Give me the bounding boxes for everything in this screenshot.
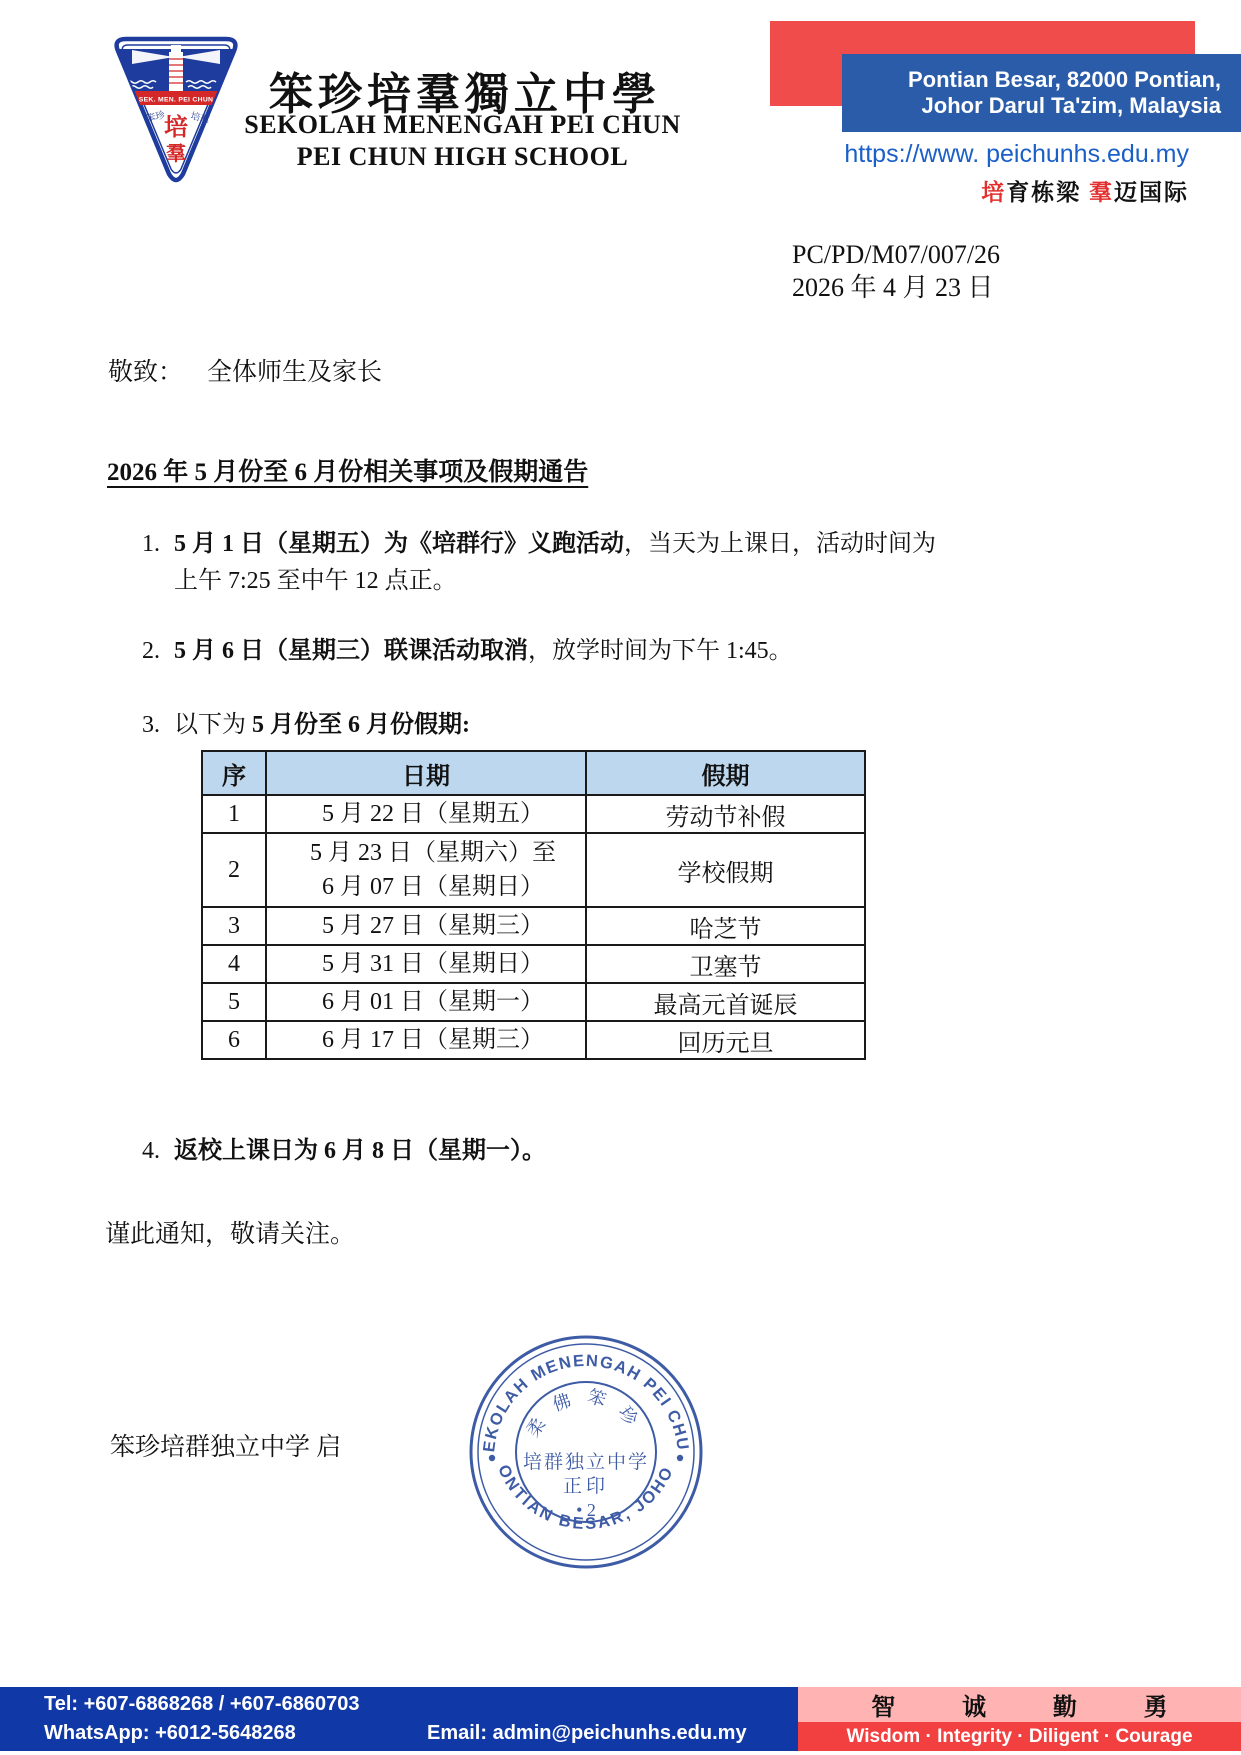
table-row: 5 6 月 01 日（星期一） 最高元首诞辰 — [202, 983, 865, 1021]
school-name-malay: SEKOLAH MENENGAH PEI CHUN — [205, 110, 720, 140]
seal-dot-right — [677, 1455, 683, 1461]
school-seal-stamp: SEKOLAH MENENGAH PEI CHUN PONTIAN BESAR,… — [466, 1332, 706, 1572]
footer-values-chinese: 智 诚 勤 勇 — [798, 1687, 1241, 1722]
table-row: 3 5 月 27 日（星期三） 哈芝节 — [202, 907, 865, 945]
notice-item-1: 1. 5 月 1 日（星期五）为《培群行》义跑活动，当天为上课日，活动时间为 上… — [142, 526, 1142, 600]
footer-whatsapp: WhatsApp: +6012-5648268 — [44, 1722, 296, 1745]
school-website-url: https://www. peichunhs.edu.my — [844, 140, 1189, 169]
reference-block: PC/PD/M07/007/26 2026 年 4 月 23 日 — [792, 238, 1000, 304]
column-header-holiday: 假期 — [586, 751, 865, 795]
document-page: SEK. MEN. PEI CHUN 笨珍 培羣 培 羣 笨珍培羣獨立中學 SE… — [0, 0, 1241, 1755]
table-row: 1 5 月 22 日（星期五） 劳动节补假 — [202, 795, 865, 833]
holiday-table: 序 日期 假期 1 5 月 22 日（星期五） 劳动节补假 2 5 月 23 日… — [201, 750, 866, 1060]
notice-item-4: 4. 返校上课日为 6 月 8 日（星期一）。 — [142, 1133, 1142, 1170]
logo-char-chun: 羣 — [166, 142, 186, 165]
notice-item-1-line2: 上午 7:25 至中午 12 点正。 — [174, 568, 457, 594]
table-row: 6 6 月 17 日（星期三） 回历元旦 — [202, 1021, 865, 1059]
value-wisdom-char: 智 — [871, 1687, 895, 1722]
seal-inner-arc-text: 柔佛笨珍 — [523, 1386, 650, 1441]
notice-item-2: 2. 5 月 6 日（星期三）联课活动取消，放学时间为下午 1:45。 — [142, 633, 1142, 670]
column-header-no: 序 — [202, 751, 266, 795]
address-line-2: Johor Darul Ta'zim, Malaysia — [922, 93, 1221, 119]
value-diligent-char: 勤 — [1053, 1687, 1077, 1722]
reference-number: PC/PD/M07/007/26 — [792, 238, 1000, 271]
school-slogan: 培育栋梁 羣迈国际 — [981, 174, 1189, 207]
closing-line: 谨此通知，敬请关注。 — [105, 1214, 355, 1250]
footer-contact-bar: Tel: +607-6868268 / +607-6860703 WhatsAp… — [0, 1687, 798, 1751]
school-name-english: PEI CHUN HIGH SCHOOL — [205, 142, 720, 172]
logo-char-pei: 培 — [164, 113, 188, 141]
holiday-table-header-row: 序 日期 假期 — [202, 751, 865, 795]
table-row: 4 5 月 31 日（星期日） 卫塞节 — [202, 945, 865, 983]
footer-values-english: Wisdom · Integrity · Diligent · Courage — [798, 1722, 1241, 1751]
svg-text:柔佛笨珍: 柔佛笨珍 — [523, 1386, 650, 1441]
seal-dot-left — [489, 1455, 495, 1461]
footer-email: Email: admin@peichunhs.edu.my — [427, 1722, 747, 1745]
salutation: 敬致：全体师生及家长 — [108, 352, 382, 388]
table-row: 2 5 月 23 日（星期六）至6 月 07 日（星期日） 学校假期 — [202, 833, 865, 907]
seal-center-line1: 培群独立中学 — [523, 1451, 649, 1473]
address-line-1: Pontian Besar, 82000 Pontian, — [908, 67, 1221, 93]
seal-center-line2: 正印 — [563, 1475, 609, 1497]
notice-item-3: 3. 以下为 5 月份至 6 月份假期: — [142, 707, 1142, 744]
header-address-panel: Pontian Besar, 82000 Pontian, Johor Daru… — [842, 54, 1241, 132]
logo-ribbon-text: SEK. MEN. PEI CHUN — [139, 97, 214, 104]
footer-tel: Tel: +607-6868268 / +607-6860703 — [44, 1693, 359, 1716]
value-courage-char: 勇 — [1144, 1687, 1168, 1722]
seal-center-line3: • 2 — [576, 1500, 596, 1520]
column-header-date: 日期 — [266, 751, 586, 795]
value-integrity-char: 诚 — [962, 1687, 986, 1722]
notice-title: 2026 年 5 月份至 6 月份相关事项及假期通告 — [107, 452, 588, 488]
letter-date: 2026 年 4 月 23 日 — [792, 271, 1000, 304]
signature-line: 笨珍培群独立中学 启 — [110, 1427, 341, 1463]
